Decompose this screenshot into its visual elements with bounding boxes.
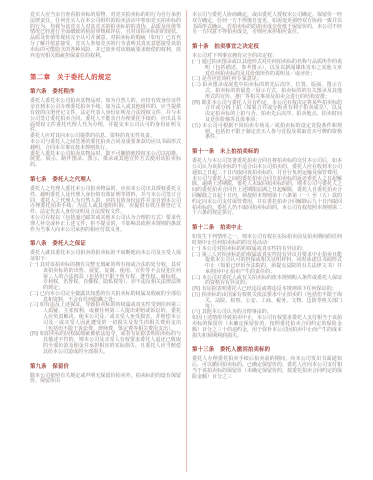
chapter-heading: 第二章 关于委托人的规定 (30, 74, 181, 81)
article-heading: 第十二条 拍卖中止 (192, 225, 342, 231)
paragraph: 委托人之代理人委托本公司拍卖物品的，应向本公司出具授权委托文件、载明委托人及代理… (30, 187, 181, 216)
list-item: (四) 如拍卖标的因权属瑕疵被依法追夺，或者有证据表明拍卖标的与其描述不符的，则… (30, 332, 181, 355)
article-heading: 第十三条 委托人撤回拍卖标的 (192, 347, 342, 353)
paragraph: 委托人与本公司签署委托拍卖合同且将拍卖标的交付本公司后，如本公司认为该拍卖标的不… (192, 159, 342, 217)
article-heading: 第七条 委托人之代理人 (30, 177, 181, 183)
paragraph: 委托人办理委托拍卖手续后拍卖前的期间，向本公司发出书面通知后，可以撤回拍卖标的。… (192, 357, 342, 380)
list-item: (二) 第三人对拍卖标的的权属或真实性持有异议并要求中止拍卖且能提供本公司认可的… (192, 253, 342, 276)
article-heading: 第十条 拍卖事宜之决定权 (192, 44, 342, 50)
list-item: (一) 通过拍卖图录或以其他形式对任何拍卖标的名称与品质所作的说明（包括描述、参… (192, 60, 342, 77)
column-divider-line (186, 10, 187, 472)
right-column: 本公司与委托人协商确定，或由委托人授权本公司确定。保留价一经双方确定，任何一方不… (192, 13, 342, 381)
paragraph: 本公司与委托人之间签署的委托拍卖合同及重要条款均应以书面形式载明，合同未尽事宜按… (30, 140, 181, 152)
paragraph: 如因上述情形导致拍卖中止，本公司有权要求委托人支付相当于该拍卖标的保留价（未确定… (192, 316, 342, 339)
article-heading: 第十一条 未上拍拍卖标的 (192, 149, 342, 155)
article-heading: 第八条 委托人之保证 (30, 241, 181, 247)
list-item: (三) 拍卖图录或展览中拍卖标的的先后次序、位置、版面、图示方式，拍卖标的的展览… (192, 83, 342, 100)
paragraph: 除本公司依照有关规定或声明无保留价拍卖外，拍卖标的均设有保留价。保留价由 (30, 374, 181, 386)
list-item: (五) 本公司可根据不同拍卖专场及／或拍卖标的设定竞投条件和规则，包括但不限于制… (192, 124, 342, 141)
paragraph: 如发生下列情形之一，则本公司有权在实际拍卖前及拍卖期间的任何时刻中止任何拍卖标的… (192, 235, 342, 247)
list-item: (四) 除非本公司与委托人另有约定，本公司有权决定将某些拍卖标的合并或分拆上拍（… (192, 101, 342, 124)
list-item: (五) 拍卖标的由国家有权机关依法要求中止拍卖的（包括但不限于海关、法院、检察、… (192, 293, 342, 310)
left-column: 竞买人应当亲自查看拍卖标的原物，对竞买拍卖标的的行为自行承担法律责任。任何竞买人… (30, 13, 181, 385)
paragraph: 委托人委托本公司拍卖其物品时，如为自然人的，应持有效身份证件亲自到本公司办理委托… (30, 99, 181, 134)
paragraph: 本公司有权以（包括通过邮寄或其他本公司认为合理的方式）要求代理人补交或补正上述文… (30, 216, 181, 233)
article-heading: 第六条 委托程序 (30, 89, 181, 95)
article-heading: 第九条 保留价 (30, 364, 181, 370)
paragraph: 竞买人应当亲自查看拍卖标的原物，对竞买拍卖标的的行为自行承担法律责任。任何竞买人… (30, 13, 181, 59)
paragraph: 委托人委托本公司拍卖其物品时，即不可撤销地授权本公司以拍摄、展览、展示、制作图录… (30, 152, 181, 169)
paragraph: 本公司与委托人协商确定，或由委托人授权本公司确定。保留价一经双方确定，任何一方不… (192, 13, 342, 36)
list-item: (一) 其对该拍卖标的拥有完整无瑕疵的所有权或合法的处分权，其对该拍卖标的的出售… (30, 263, 181, 292)
list-item: (三) 如有违反上述保证，导致拍卖标的的权属或真实性受到任何第三人质疑、主张权利… (30, 303, 181, 332)
document-page: 竞买人应当亲自查看拍卖标的原物，对竞买拍卖标的的行为自行承担法律责任。任何竞买人… (0, 0, 373, 480)
